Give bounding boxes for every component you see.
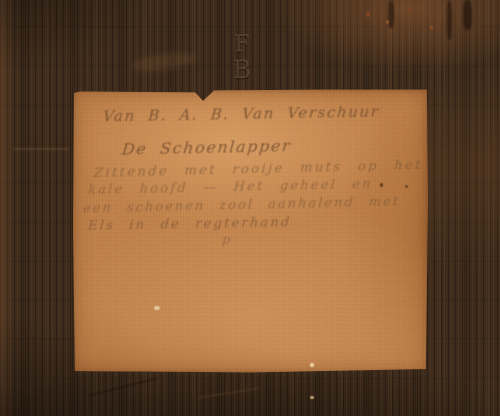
stain-mark (463, 0, 472, 30)
handwriting-line-description: Zittende met rooije muts op het (93, 158, 423, 181)
scuff-mark (129, 49, 197, 74)
handwriting-line-title: De Schoenlapper (121, 136, 292, 159)
wood-speck (310, 396, 314, 399)
paper-chip-spot (154, 306, 160, 310)
paper-chip-spot (310, 363, 314, 367)
scratch-mark (89, 378, 157, 397)
rust-speck (366, 12, 370, 17)
handwriting-line-attribution: Van B. A. B. Van Verschuur (102, 103, 380, 126)
scratch-mark (14, 148, 69, 150)
ink-speck (405, 185, 408, 188)
carved-letter-bottom: B (222, 57, 262, 83)
panel-verso-photo: F B Van B. A. B. Van Verschuur De Schoen… (0, 0, 500, 416)
rust-speck (430, 26, 433, 29)
stain-mark (388, 0, 394, 28)
scratch-mark (198, 387, 260, 399)
carved-monogram: F B (222, 34, 262, 82)
ink-speck (380, 183, 383, 187)
rust-speck (386, 20, 389, 24)
paper-label: Van B. A. B. Van Verschuur De Schoenlapp… (72, 89, 428, 373)
stain-mark (447, 0, 452, 40)
handwriting-line-description: kale hoofd — Het geheel en (87, 177, 373, 198)
rust-speck (407, 8, 411, 12)
carved-letter-top: F (222, 33, 263, 58)
handwriting-flourish: p (221, 233, 232, 248)
handwriting-line-description: Els in de regterhand (87, 215, 292, 234)
handwriting-line-description: een schoenen zool aanhalend met (82, 194, 400, 216)
